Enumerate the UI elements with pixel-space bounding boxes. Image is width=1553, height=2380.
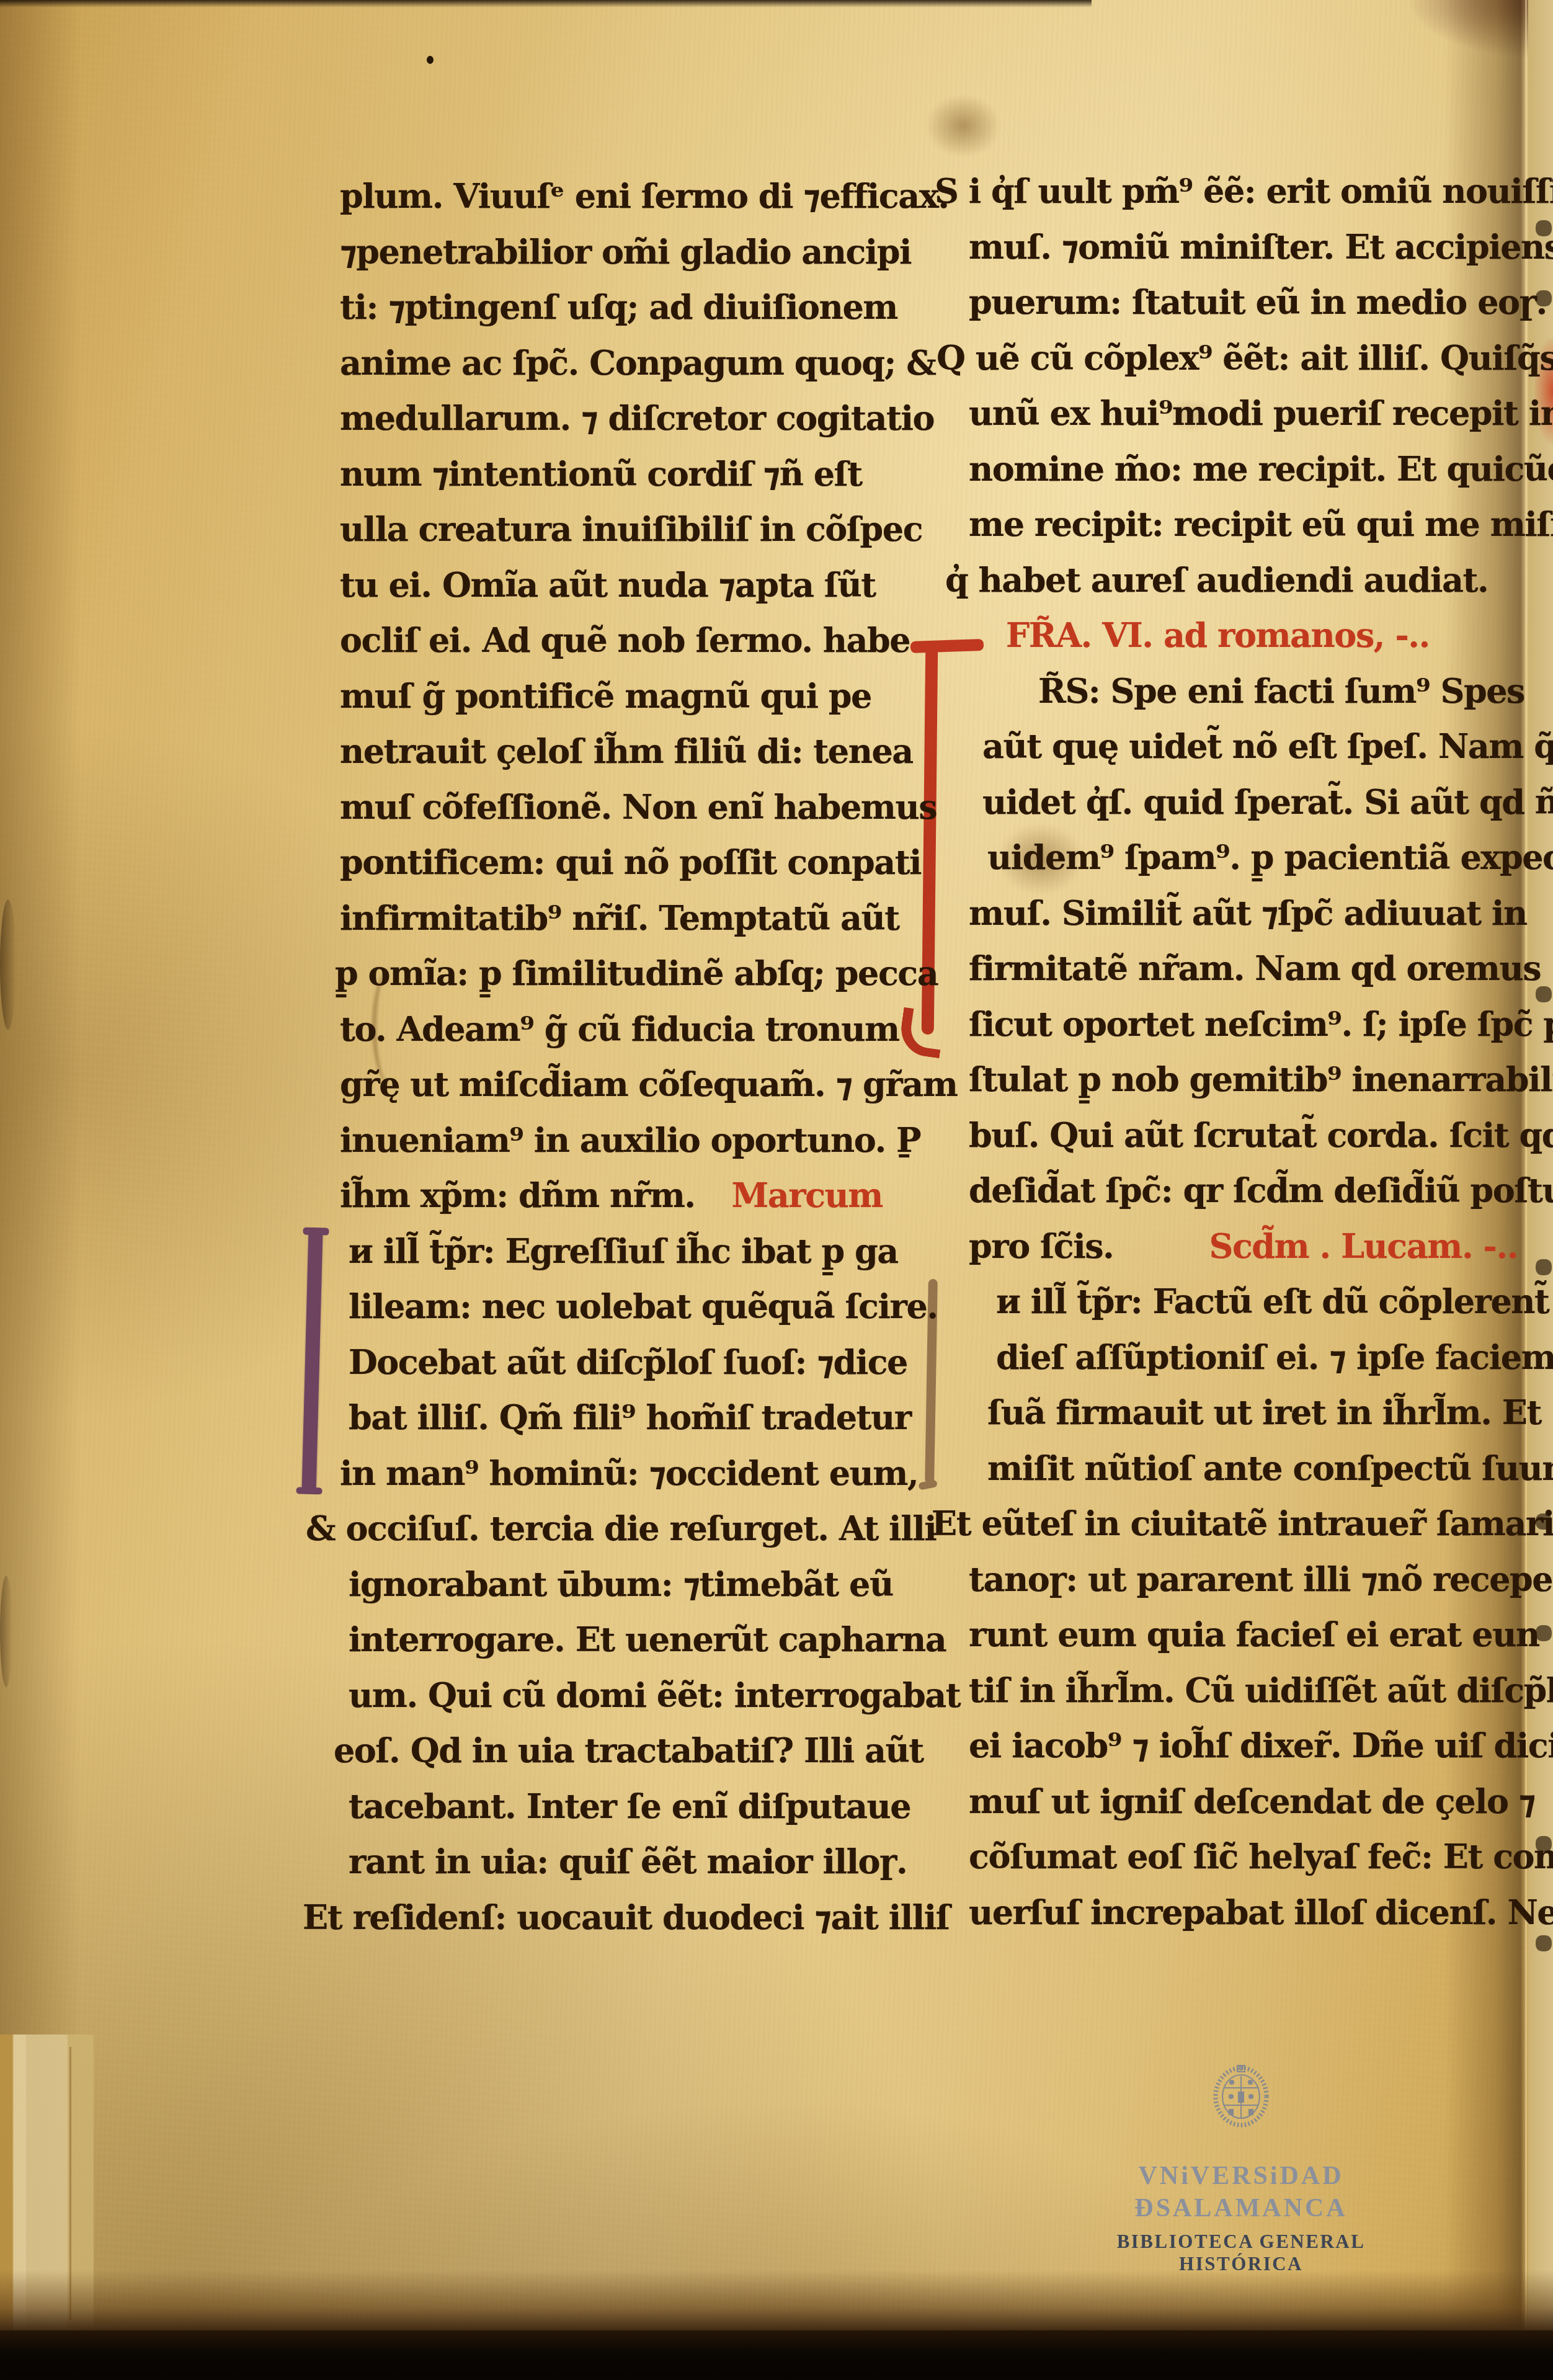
body-text: unũ ex hui⁹modi pueriſ recepit in — [969, 388, 1553, 438]
body-text: R̃S: Spe eni facti ſum⁹ Spes — [1038, 666, 1524, 716]
manuscript-line: runt eum quia facieſ ei erat eun — [969, 1610, 1536, 1665]
body-text: Et eũteſ in ciuitatẽ intrauer̃ ſamari — [932, 1499, 1553, 1548]
manuscript-line: pro ſc̃is. Scd̃m . Lucam. -.. — [969, 1221, 1536, 1277]
body-text: anime ac ſpc̃. Conpagum quoq; & — [340, 338, 935, 388]
body-text: eoſ. Qd in uia tractabatiſ? Illi aũt — [334, 1726, 923, 1775]
ink-speck — [427, 56, 434, 64]
body-text: ſicut oportet neſcim⁹. ſ; ipſe ſpc̃ po — [969, 999, 1553, 1049]
stamp-university-line2: ÐSALAMANCA — [1066, 2192, 1417, 2224]
manuscript-line: tanoɼ: ut pararent illi ⁊nõ recepe — [969, 1554, 1536, 1610]
body-text: medullarum. ⁊ diſcretor cogitatio — [340, 393, 934, 443]
body-text: tu ei. Omĩa aũt nuda ⁊apta ſũt — [340, 560, 876, 610]
body-text: muſ. Similit̃ aũt ⁊ſpc̃ adiuuat in — [969, 888, 1527, 938]
manuscript-line: ſicut oportet neſcim⁹. ſ; ipſe ſpc̃ po — [969, 999, 1536, 1055]
manuscript-page-photo: plum. Viuuſᵉ eni ſermo di ⁊efficax.⁊pene… — [0, 0, 1553, 2380]
manuscript-line: uerſuſ increpabat illoſ dicenſ. Neſ — [969, 1888, 1536, 1943]
body-text: и ill̃ t̃p̃r: Factũ eſt dũ cõplerent̃ — [996, 1277, 1549, 1326]
manuscript-line: tacebant. Inter ſe enĩ diſputaue — [349, 1781, 901, 1837]
manuscript-line: Q uẽ cũ cõplex⁹ ẽẽt: ait illiſ. Quiſq̃s — [937, 333, 1536, 389]
manuscript-line: miſit nũtioſ ante conſpectũ ſuum. — [987, 1443, 1536, 1499]
manuscript-line: netrauit çeloſ ih̃m filiũ di: tenea — [340, 726, 901, 782]
body-text: gr̃ę ut miſcd̃iam cõſequam̃. ⁊ gr̃am — [340, 1059, 957, 1109]
bottom-binding-band — [0, 2330, 1553, 2380]
body-text: bat illiſ. Qm̃ fili⁹ hom̃iſ tradetur — [349, 1393, 911, 1442]
library-stamp: VNiVERSiDAD ÐSALAMANCA BIBLIOTECA GENERA… — [1066, 2061, 1417, 2275]
manuscript-line: Et reſidenſ: uocauit duodeci ⁊ait illiſ — [303, 1892, 901, 1948]
manuscript-line: tiſ in ih̃rl̃m. Cũ uidiſſẽt aũt diſcp̃li — [969, 1665, 1536, 1721]
manuscript-line: tu ei. Omĩa aũt nuda ⁊apta ſũt — [340, 560, 901, 616]
manuscript-line: p̱ omĩa: p̱ ſimilitudinẽ abſq; pecca — [335, 948, 901, 1004]
body-text: puerum: ſtatuit eũ in medio eoɼ. — [969, 277, 1547, 327]
body-text: infirmitatib⁹ nr̃iſ. Temptatũ aũt — [340, 893, 899, 943]
body-text: Et reſidenſ: uocauit duodeci ⁊ait illiſ — [303, 1892, 950, 1942]
body-text: cõſumat eoſ ſic̃ helyaſ fec̃: Et con — [969, 1832, 1553, 1881]
body-text: miſit nũtioſ ante conſpectũ ſuum. — [987, 1443, 1553, 1493]
manuscript-line: puerum: ſtatuit eũ in medio eoɼ. — [969, 277, 1536, 333]
manuscript-line: ⁊penetrabilior om̃i gladio ancipi — [340, 227, 901, 283]
body-text: ſuã firmauit ut iret in ih̃rl̃m. Et — [987, 1388, 1541, 1437]
manuscript-line: S i q̓ſ uult pm̃⁹ ẽẽ: erit omiũ nouiſſi — [935, 166, 1536, 222]
body-text: muſ g̃ pontificẽ magnũ qui pe — [340, 671, 871, 721]
rubric-text: Scd̃m . Lucam. -.. — [1209, 1221, 1518, 1271]
bottom-edge-transition — [0, 2270, 1553, 2338]
body-text: netrauit çeloſ ih̃m filiũ di: tenea — [340, 726, 913, 776]
body-text: ocliſ ei. Ad quẽ nob ſermo. habe — [340, 615, 910, 665]
manuscript-line: num ⁊intentionũ cordiſ ⁊ñ eſt — [340, 449, 901, 505]
body-text: buſ. Qui aũt ſcrutat̃ corda. ſcit qd — [969, 1110, 1553, 1160]
manuscript-line: cõſumat eoſ ſic̃ helyaſ fec̃: Et con — [969, 1832, 1536, 1888]
body-text: runt eum quia facieſ ei erat eun — [969, 1610, 1539, 1659]
body-text: ulla creatura inuiſibiliſ in cõſpec — [340, 504, 922, 554]
body-text: pontificem: qui nõ poſſit conpati — [340, 837, 921, 887]
body-text: S i q̓ſ uult pm̃⁹ ẽẽ: erit omiũ nouiſſi — [935, 166, 1553, 216]
body-text: rant in uia: quiſ ẽẽt maior illoɼ. — [349, 1837, 907, 1886]
body-text: tacebant. Inter ſe enĩ diſputaue — [349, 1781, 910, 1831]
manuscript-line: ſuã firmauit ut iret in ih̃rl̃m. Et — [987, 1388, 1536, 1443]
top-photo-edge — [0, 0, 1092, 7]
university-seal-icon — [1210, 2061, 1272, 2137]
body-text: ⁊penetrabilior om̃i gladio ancipi — [340, 227, 911, 277]
body-text: uerſuſ increpabat illoſ dicenſ. Neſ — [969, 1888, 1553, 1937]
manuscript-line: muſ g̃ pontificẽ magnũ qui pe — [340, 671, 901, 727]
manuscript-line: lileam: nec uolebat quẽquã ſcire. — [349, 1281, 901, 1337]
manuscript-line: ſtulat p̱ nob gemitib⁹ inenarrabili — [969, 1054, 1536, 1110]
body-text: lileam: nec uolebat quẽquã ſcire. — [349, 1281, 938, 1331]
body-text: ei iacob⁹ ⁊ ioh̃ſ dixer̃. Dñe uiſ dici — [969, 1721, 1553, 1770]
manuscript-line: и ill̃ t̃p̃r: Egreſſiuſ ih̃c ibat p̱ ga — [349, 1226, 901, 1282]
body-text: num ⁊intentionũ cordiſ ⁊ñ eſt — [340, 449, 862, 499]
manuscript-line: unũ ex hui⁹modi pueriſ recepit in — [969, 388, 1536, 444]
manuscript-line: me recipit: recipit eũ qui me miſit. — [969, 499, 1536, 555]
manuscript-line: & occiſuſ. tercia die reſurget. At illi — [306, 1504, 901, 1559]
body-text: Docebat aũt diſcp̃loſ ſuoſ: ⁊dice — [349, 1337, 907, 1387]
body-text: ignorabant ūbum: ⁊timebãt eũ — [349, 1559, 893, 1609]
rubric-text: FR̃A. VI. ad romanos, -.. — [1006, 610, 1430, 660]
body-text: inueniam⁹ in auxilio oportuno. P̱ — [340, 1115, 920, 1165]
manuscript-line: Et eũteſ in ciuitatẽ intrauer̃ ſamari — [932, 1499, 1536, 1554]
manuscript-line: uidet q̓ſ. quid ſperat̃. Si aũt qd ñ — [982, 777, 1536, 833]
body-text: dieſ aſſũptioniſ ei. ⁊ ipſe faciem — [996, 1332, 1553, 1382]
manuscript-line: infirmitatib⁹ nr̃iſ. Temptatũ aũt — [340, 893, 901, 949]
body-text: pro ſc̃is. — [969, 1221, 1124, 1271]
manuscript-line: dieſ aſſũptioniſ ei. ⁊ ipſe faciem — [996, 1332, 1536, 1388]
left-text-column: plum. Viuuſᵉ eni ſermo di ⁊efficax.⁊pene… — [340, 171, 901, 1948]
body-text: и ill̃ t̃p̃r: Egreſſiuſ ih̃c ibat p̱ ga — [349, 1226, 898, 1276]
rubric-text: Marcum — [732, 1170, 883, 1220]
manuscript-line: rant in uia: quiſ ẽẽt maior illoɼ. — [349, 1837, 901, 1892]
body-text: & occiſuſ. tercia die reſurget. At illi — [306, 1504, 936, 1553]
manuscript-line: to. Adeam⁹ g̃ cũ fiducia tronum — [340, 1004, 901, 1060]
manuscript-line: muſ. ⁊omiũ miniſter. Et accipiens — [969, 222, 1536, 278]
manuscript-line: interrogare. Et uenerũt capharna — [349, 1615, 901, 1670]
body-text: plum. Viuuſᵉ eni ſermo di ⁊efficax. — [340, 171, 949, 221]
manuscript-line: ocliſ ei. Ad quẽ nob ſermo. habe — [340, 615, 901, 671]
manuscript-line: medullarum. ⁊ diſcretor cogitatio — [340, 393, 901, 449]
manuscript-line: aũt quę uidet̃ nõ eſt ſpeſ. Nam q̃ — [982, 721, 1536, 777]
facing-page-text-mark — [1536, 1935, 1552, 1951]
body-text: to. Adeam⁹ g̃ cũ fiducia tronum — [340, 1004, 899, 1054]
manuscript-line: plum. Viuuſᵉ eni ſermo di ⁊efficax. — [340, 171, 901, 227]
body-text: um. Qui cũ domi ẽẽt: interrogabat — [349, 1670, 960, 1720]
body-text: uidet q̓ſ. quid ſperat̃. Si aũt qd ñ — [982, 777, 1553, 827]
manuscript-line: FR̃A. VI. ad romanos, -.. — [1006, 610, 1536, 666]
initial-I-purple — [302, 1231, 323, 1492]
manuscript-line: ignorabant ūbum: ⁊timebãt eũ — [349, 1559, 901, 1615]
manuscript-line: gr̃ę ut miſcd̃iam cõſequam̃. ⁊ gr̃am — [340, 1059, 901, 1115]
body-text: ih̃m xp̃m: dñm nr̃m. — [340, 1170, 706, 1220]
body-text: aũt quę uidet̃ nõ eſt ſpeſ. Nam q̃ — [982, 721, 1553, 771]
body-text: ti: ⁊ptingenſ uſq; ad diuiſionem — [340, 282, 897, 332]
manuscript-line: uidem⁹ ſpam⁹. p̱ pacientiã expecta — [987, 832, 1536, 888]
manuscript-line: ulla creatura inuiſibiliſ in cõſpec — [340, 504, 901, 560]
body-text: tanoɼ: ut pararent illi ⁊nõ recepe — [969, 1554, 1552, 1604]
body-text: tiſ in ih̃rl̃m. Cũ uidiſſẽt aũt diſcp̃li — [969, 1665, 1553, 1715]
body-text: in man⁹ hominũ: ⁊occident eum, — [340, 1448, 918, 1498]
stamp-library-name: BIBLIOTECA GENERAL HISTÓRICA — [1066, 2231, 1417, 2275]
manuscript-line: inueniam⁹ in auxilio oportuno. P̱ — [340, 1115, 901, 1171]
manuscript-line: ih̃m xp̃m: dñm nr̃m. Marcum — [340, 1170, 901, 1226]
body-text: firmitatẽ nr̃am. Nam qd oremus — [969, 943, 1541, 993]
body-text: interrogare. Et uenerũt capharna — [349, 1615, 946, 1664]
body-text: nomine m̃o: me recipit. Et quicũq; — [969, 444, 1553, 494]
manuscript-line: buſ. Qui aũt ſcrutat̃ corda. ſcit qd — [969, 1110, 1536, 1166]
body-text: ſtulat p̱ nob gemitib⁹ inenarrabili — [969, 1054, 1553, 1104]
manuscript-line: ei iacob⁹ ⁊ ioh̃ſ dixer̃. Dñe uiſ dici — [969, 1721, 1536, 1776]
ink-smudge — [923, 92, 1003, 160]
manuscript-line: q̓ habet aureſ audiendi audiat. — [945, 555, 1536, 611]
manuscript-line: R̃S: Spe eni facti ſum⁹ Spes — [1038, 666, 1536, 722]
manuscript-line: firmitatẽ nr̃am. Nam qd oremus — [969, 943, 1536, 999]
initial-F-red-curl — [897, 1007, 946, 1059]
manuscript-line: in man⁹ hominũ: ⁊occident eum, — [340, 1448, 901, 1504]
manuscript-line: deſid̃at ſpc̃: qr ſcd̃m deſid̃iũ poſtula… — [969, 1165, 1536, 1221]
body-text: deſid̃at ſpc̃: qr ſcd̃m deſid̃iũ poſtula… — [969, 1165, 1553, 1215]
manuscript-line: muſ. Similit̃ aũt ⁊ſpc̃ adiuuat in — [969, 888, 1536, 944]
body-text: me recipit: recipit eũ qui me miſit. — [969, 499, 1553, 549]
body-text: muſ. ⁊omiũ miniſter. Et accipiens — [969, 222, 1553, 272]
stamp-university-line1: VNiVERSiDAD — [1066, 2160, 1417, 2192]
manuscript-line: muſ cõfeſſionẽ. Non enĩ habemus — [340, 782, 901, 838]
manuscript-line: eoſ. Qd in uia tractabatiſ? Illi aũt — [334, 1726, 901, 1781]
manuscript-line: muſ ut igniſ deſcendat de çelo ⁊ — [969, 1776, 1536, 1832]
left-edge-shadow — [0, 0, 81, 2380]
manuscript-line: ti: ⁊ptingenſ uſq; ad diuiſionem — [340, 282, 901, 338]
manuscript-line: um. Qui cũ domi ẽẽt: interrogabat — [349, 1670, 901, 1726]
manuscript-line: и ill̃ t̃p̃r: Factũ eſt dũ cõplerent̃ — [996, 1277, 1536, 1332]
manuscript-line: bat illiſ. Qm̃ fili⁹ hom̃iſ tradetur — [349, 1393, 901, 1448]
body-text: p̱ omĩa: p̱ ſimilitudinẽ abſq; pecca — [335, 948, 938, 998]
manuscript-line: Docebat aũt diſcp̃loſ ſuoſ: ⁊dice — [349, 1337, 901, 1393]
body-text: uidem⁹ ſpam⁹. p̱ pacientiã expecta — [987, 832, 1553, 882]
manuscript-line: nomine m̃o: me recipit. Et quicũq; — [969, 444, 1536, 500]
body-text: q̓ habet aureſ audiendi audiat. — [945, 555, 1488, 605]
body-text: muſ ut igniſ deſcendat de çelo ⁊ — [969, 1776, 1535, 1826]
manuscript-line: anime ac ſpc̃. Conpagum quoq; & — [340, 338, 901, 394]
manuscript-line: pontificem: qui nõ poſſit conpati — [340, 837, 901, 893]
right-text-column: S i q̓ſ uult pm̃⁹ ẽẽ: erit omiũ nouiſſim… — [969, 166, 1536, 1943]
body-text: muſ cõfeſſionẽ. Non enĩ habemus — [340, 782, 937, 832]
facing-page-text-mark — [1536, 1259, 1552, 1275]
body-text: Q uẽ cũ cõplex⁹ ẽẽt: ait illiſ. Quiſq̃s — [937, 333, 1553, 383]
